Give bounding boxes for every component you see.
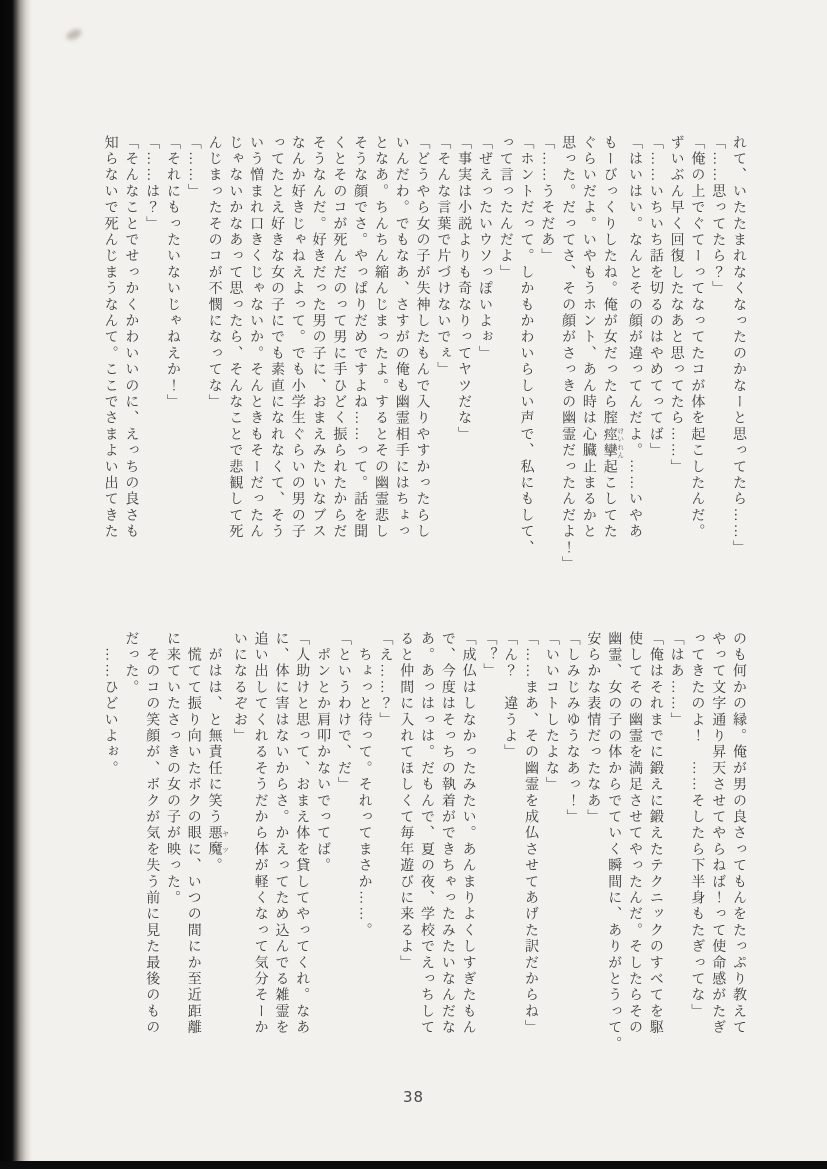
text-block-bottom: のも何かの縁。俺が男の良さってもんをたっぷり教えてやって文字通り昇天させてやらね… — [99, 631, 748, 1076]
text-column: ……ひどいよぉ。 — [99, 631, 120, 1076]
text-column: 「それにもったいないじゃねえか！」 — [161, 135, 182, 585]
text-column: そうな顔でさ。やっぱりだめですよね……って。話を聞 — [348, 135, 369, 585]
text-column: 「どうやら女の子が失神したもんで入りやすかったらし — [411, 135, 432, 585]
text-column: ぐらいだよ。いやもうホント、あん時は心臓止まるかと — [577, 135, 598, 585]
text-column: に、体に害はないからさ。かえってため込んでる雑霊を — [270, 631, 291, 1076]
text-column: そのコの笑顔が、ボクが気を失う前に見た最後のもの — [140, 631, 161, 1076]
text-column: いになるぞお」 — [228, 631, 249, 1076]
text-column: いう憎まれ口きくじゃないか。そんときもそーだったん — [244, 135, 265, 585]
text-column: 「事実は小説よりも奇なりってヤツだな」 — [452, 135, 473, 585]
text-column: れて、いたたまれなくなったのかなーと思ってたら……」 — [727, 135, 748, 585]
text-column: 「はいはい。なんとその顔が違ってんだよ。……いやあ — [623, 135, 644, 585]
text-column: 使してその幽霊を満足させてやったんだ。そしたらその — [623, 631, 644, 1076]
text-column: で、今度はそっちの執着ができちゃったみたいなんだな — [436, 631, 457, 1076]
text-column: ってたとえ好きな女の子にでも素直になれなくて、そう — [265, 135, 286, 585]
page-number: 38 — [0, 1088, 827, 1106]
text-column: 「？」 — [478, 631, 499, 1076]
text-block-top: れて、いたたまれなくなったのかなーと思ってたら……」「……思ってたら？」「俺の上… — [99, 135, 748, 585]
text-column: だった。 — [120, 631, 141, 1076]
text-column: くとそのコが死んだのって男に手ひどく振られたからだ — [328, 135, 349, 585]
page-bottom-edge — [0, 1161, 827, 1169]
scanned-page: れて、いたたまれなくなったのかなーと思ってたら……」「……思ってたら？」「俺の上… — [0, 0, 827, 1169]
text-column: 「俺の上でぐてーってなってたコが体を起こしたんだ。 — [686, 135, 707, 585]
text-column: 「ん？ 違うよ」 — [498, 631, 519, 1076]
text-column: ってきたのよ！ ……そしたら下半身もたぎってな」 — [686, 631, 707, 1076]
text-column: 追い出してくれるそうだから体が軽くなって気分そーか — [249, 631, 270, 1076]
text-column: ると仲間に入れてほしくて毎年遊びに来るよ」 — [394, 631, 415, 1076]
text-column: やって文字通り昇天させてやらねば！って使命感がたぎ — [706, 631, 727, 1076]
text-column: となあ。ちんちん縮んじまったよ。するとその幽霊悲し — [369, 135, 390, 585]
text-column: じゃないかなあって思ったら、そんなことで悲観して死 — [224, 135, 245, 585]
text-column: のも何かの縁。俺が男の良さってもんをたっぷり教えて — [727, 631, 748, 1076]
text-column: 「そんな言葉で片づけないでぇ」 — [432, 135, 453, 585]
text-column: 「成仏はしなかったみたい。あんまりよくしすぎたもん — [457, 631, 478, 1076]
text-column: 「……」 — [182, 135, 203, 585]
text-column: ちょっと待って。それってまさか……。 — [353, 631, 374, 1076]
text-column: 「そんなことでせっかくかわいいのに、えっちの良さも — [120, 135, 141, 585]
text-column: 「はあ……」 — [665, 631, 686, 1076]
book-gutter-shadow — [0, 0, 32, 1169]
text-column: 「しみじみゆうなあっ！」 — [561, 631, 582, 1076]
scan-smudge — [65, 27, 83, 42]
text-column: 「ぜえったいウソっぽいよぉ」 — [473, 135, 494, 585]
text-column: 「というわけで、だ」 — [332, 631, 353, 1076]
text-column: 「いいコトしたよな」 — [540, 631, 561, 1076]
text-column: って言ったんだよ」 — [494, 135, 515, 585]
text-column: に来ていたさっきの女の子が映った。 — [161, 631, 182, 1076]
text-column: 慌てて振り向いたボクの眼に、いつの間にか至近距離 — [182, 631, 203, 1076]
text-column: がはは、と無責任に笑う悪魔ヤツ。 — [203, 631, 228, 1076]
text-column: 安らかな表情だったなあ」 — [582, 631, 603, 1076]
text-column: 「……まあ、その幽霊を成仏させてあげた訳だからね」 — [519, 631, 540, 1076]
text-column: 知らないで死んじまうなんて。ここでさまよい出てきた — [99, 135, 120, 585]
text-column: 「人助けと思って、おまえ体を貸してやってくれ。なあ — [290, 631, 311, 1076]
text-column: 「……は？」 — [140, 135, 161, 585]
text-column: 思った。だってさ、その顔がさっきの幽霊だったんだよ！」 — [556, 135, 577, 585]
text-column: 「……いちいち話を切るのはやめてってば」 — [644, 135, 665, 585]
text-column: 幽霊、女の子の体からでていく瞬間に、ありがとうって。 — [602, 631, 623, 1076]
text-column: ずいぶん早く回復したなあと思ってたら……」 — [665, 135, 686, 585]
text-column: いんだわ。でもなあ、さすがの俺も幽霊相手にはちょっ — [390, 135, 411, 585]
text-column: 「俺はそれまでに鍛えに鍛えたテクニックのすべてを駆 — [644, 631, 665, 1076]
text-column: なんか好きじゃねえよって。でも小学生ぐらいの男の子 — [286, 135, 307, 585]
text-column: 「ホントだって。しかもかわいらしい声で、私にもして、 — [515, 135, 536, 585]
text-column: んじまったそのコが不憫になってな」 — [203, 135, 224, 585]
text-column: もーびっくりしたね。俺が女だったら腟痙攣けいれん起こしてた — [598, 135, 623, 585]
text-column: 「え……？」 — [374, 631, 395, 1076]
text-column: 「……うそだあ」 — [536, 135, 557, 585]
text-column: ポンとか肩叩かないでってば。 — [311, 631, 332, 1076]
text-column: あ。あっはっは。だもんで、夏の夜、学校でえっちして — [415, 631, 436, 1076]
text-column: そうなんだ。好きだった男の子に、おまえみたいなブス — [307, 135, 328, 585]
text-column: 「……思ってたら？」 — [706, 135, 727, 585]
